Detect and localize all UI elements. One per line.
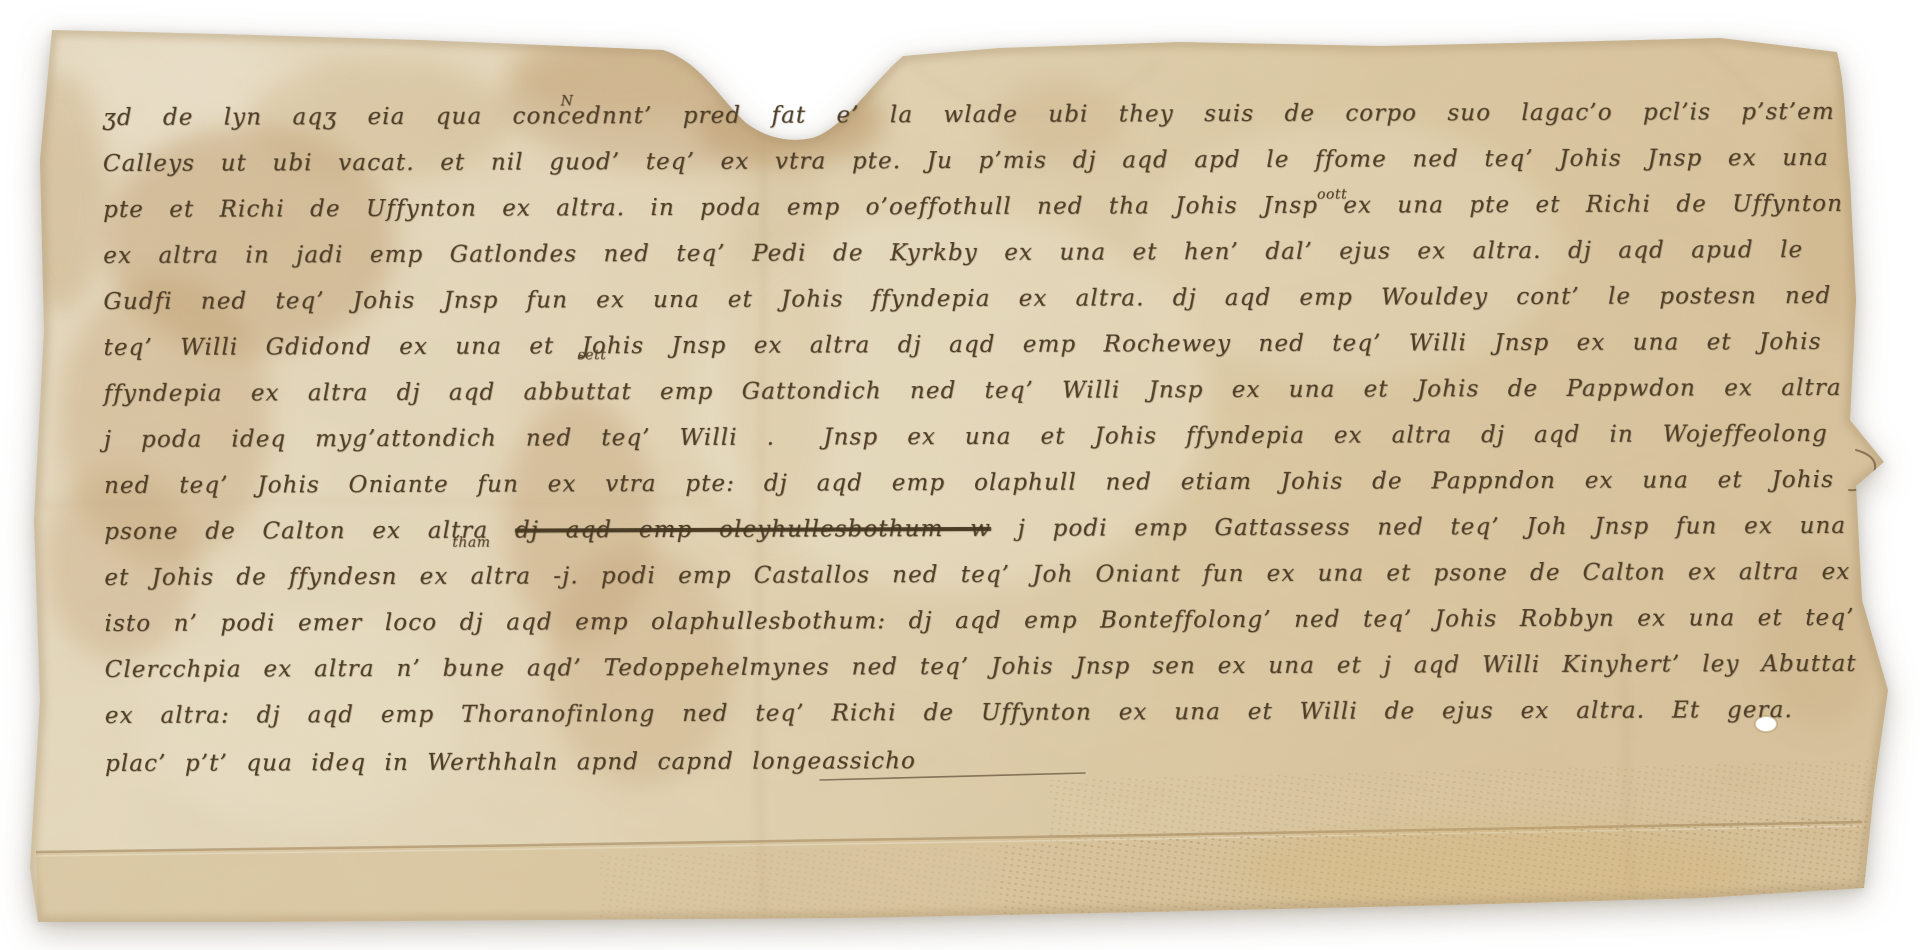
parchment-artwork xyxy=(0,0,1920,950)
worm-hole xyxy=(1755,716,1777,732)
manuscript-photo: ʒd de lyn aqʒ eia qua concednnt’ pred fa… xyxy=(0,0,1920,950)
fiber-texture xyxy=(0,0,1920,950)
parchment-surface-detail xyxy=(0,0,1920,950)
